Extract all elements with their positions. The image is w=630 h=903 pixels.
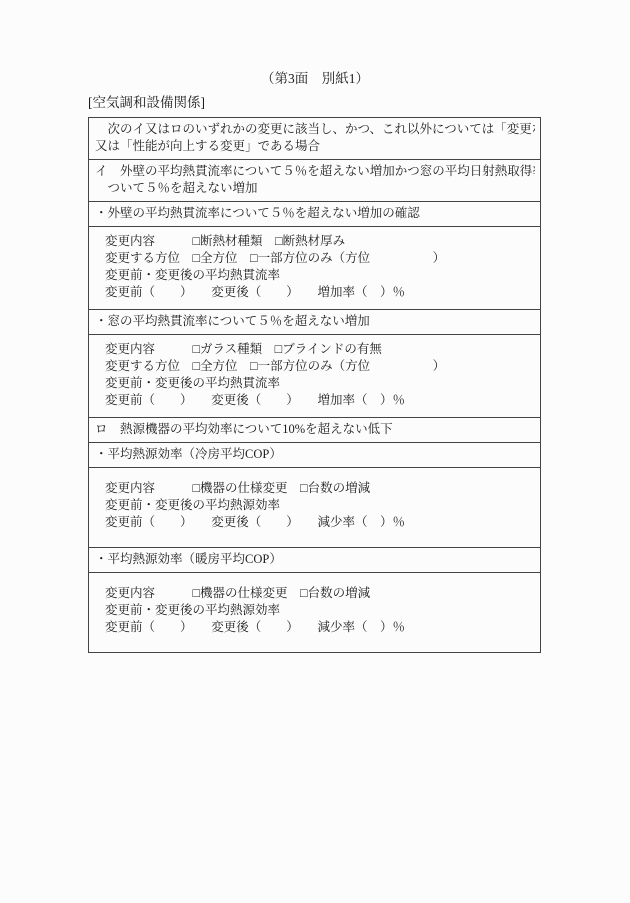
condition-summary-line-1: 次のイ又はロのいずれかの変更に該当し、かつ、これ以外については「変更なし」 <box>95 121 535 138</box>
cooling-before-after-label-line: 変更前・変更後の平均熱源効率 <box>105 497 535 514</box>
cooling-cop-title: ・平均熱源効率（冷房平均COP） <box>95 446 535 463</box>
heating-change-content-line: 変更内容 □機器の仕様変更 □台数の増減 <box>105 585 535 602</box>
heating-values-line: 変更前（ ） 変更後（ ） 減少率（ ）％ <box>105 619 535 636</box>
wall-before-after-label-line: 変更前・変更後の平均熱貫流率 <box>105 267 535 284</box>
wall-change-content-line: 変更内容 □断熱材種類 □断熱材厚み <box>105 233 535 250</box>
item-ro-criterion-row: ロ 熱源機器の平均効率について10%を超えない低下 <box>89 417 540 442</box>
cooling-change-detail-box: 変更内容 □機器の仕様変更 □台数の増減 変更前・変更後の平均熱源効率 変更前（… <box>89 467 540 547</box>
heating-change-detail-box: 変更内容 □機器の仕様変更 □台数の増減 変更前・変更後の平均熱源効率 変更前（… <box>89 572 540 652</box>
wall-values-line: 変更前（ ） 変更後（ ） 増加率（ ）％ <box>105 284 535 301</box>
item-i-line-2: ついて５％を超えない増加 <box>95 180 535 197</box>
cooling-values-line: 変更前（ ） 変更後（ ） 減少率（ ）％ <box>105 514 535 531</box>
wall-heat-check-title: ・外壁の平均熱貫流率について５％を超えない増加の確認 <box>95 205 535 222</box>
form-page: （第3面 別紙1） [空気調和設備関係] 次のイ又はロのいずれかの変更に該当し、… <box>0 0 630 903</box>
sheet-title: （第3面 別紙1） <box>0 71 630 87</box>
heating-cop-header-row: ・平均熱源効率（暖房平均COP） <box>89 547 540 572</box>
window-change-content-line: 変更内容 □ガラス種類 □ブラインドの有無 <box>105 341 535 358</box>
item-ro-line: ロ 熱源機器の平均効率について10%を超えない低下 <box>95 421 535 438</box>
window-before-after-label-line: 変更前・変更後の平均熱貫流率 <box>105 375 535 392</box>
condition-summary-row: 次のイ又はロのいずれかの変更に該当し、かつ、これ以外については「変更なし」 又は… <box>89 118 540 159</box>
wall-change-detail-box: 変更内容 □断熱材種類 □断熱材厚み 変更する方位 □全方位 □一部方位のみ（方… <box>89 226 540 309</box>
item-i-criterion-row: イ 外壁の平均熱貫流率について５％を超えない増加かつ窓の平均日射熱取得率に つい… <box>89 159 540 201</box>
section-label: [空気調和設備関係] <box>88 95 205 111</box>
wall-heat-check-header-row: ・外壁の平均熱貫流率について５％を超えない増加の確認 <box>89 201 540 226</box>
change-criteria-table: 次のイ又はロのいずれかの変更に該当し、かつ、これ以外については「変更なし」 又は… <box>88 117 541 653</box>
window-heat-check-header-row: ・窓の平均熱貫流率について５％を超えない増加 <box>89 309 540 334</box>
item-i-line-1: イ 外壁の平均熱貫流率について５％を超えない増加かつ窓の平均日射熱取得率に <box>95 163 535 180</box>
heating-before-after-label-line: 変更前・変更後の平均熱源効率 <box>105 602 535 619</box>
cooling-cop-header-row: ・平均熱源効率（冷房平均COP） <box>89 442 540 467</box>
window-change-detail-box: 変更内容 □ガラス種類 □ブラインドの有無 変更する方位 □全方位 □一部方位の… <box>89 334 540 417</box>
window-change-direction-line: 変更する方位 □全方位 □一部方位のみ（方位 ） <box>105 358 535 375</box>
wall-change-direction-line: 変更する方位 □全方位 □一部方位のみ（方位 ） <box>105 250 535 267</box>
window-values-line: 変更前（ ） 変更後（ ） 増加率（ ）％ <box>105 392 535 409</box>
window-heat-check-title: ・窓の平均熱貫流率について５％を超えない増加 <box>95 313 535 330</box>
condition-summary-line-2: 又は「性能が向上する変更」である場合 <box>95 138 535 155</box>
heating-cop-title: ・平均熱源効率（暖房平均COP） <box>95 551 535 568</box>
cooling-change-content-line: 変更内容 □機器の仕様変更 □台数の増減 <box>105 480 535 497</box>
